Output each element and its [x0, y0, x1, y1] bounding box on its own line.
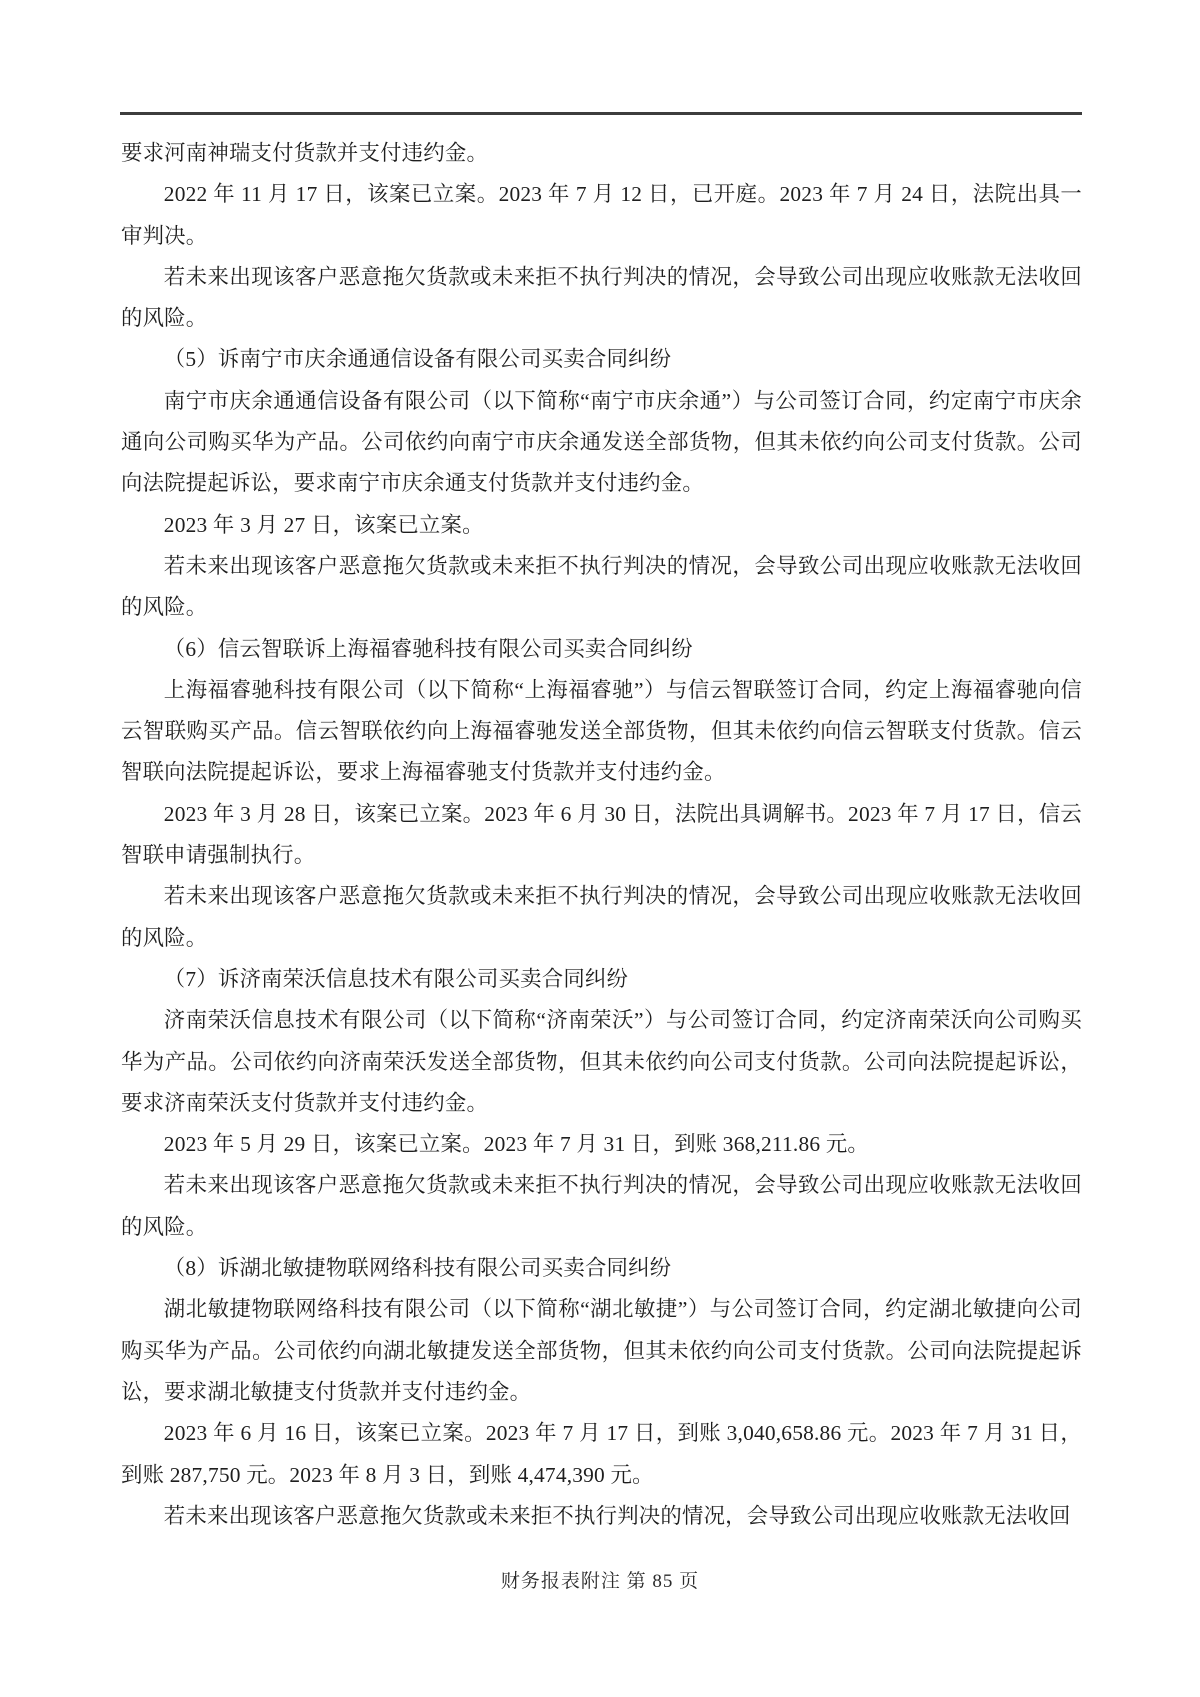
document-page: 要求河南神瑞支付货款并支付违约金。2022 年 11 月 17 日，该案已立案。…: [0, 0, 1200, 1697]
paragraph: 若未来出现该客户恶意拖欠货款或未来拒不执行判决的情况，会导致公司出现应收账款无法…: [121, 876, 1082, 959]
document-body: 要求河南神瑞支付货款并支付违约金。2022 年 11 月 17 日，该案已立案。…: [121, 133, 1082, 1537]
paragraph: 若未来出现该客户恶意拖欠货款或未来拒不执行判决的情况，会导致公司出现应收账款无法…: [121, 257, 1082, 340]
section-heading: （6）信云智联诉上海福睿驰科技有限公司买卖合同纠纷: [121, 629, 1082, 670]
paragraph: 要求河南神瑞支付货款并支付违约金。: [121, 133, 1082, 174]
paragraph: 上海福睿驰科技有限公司（以下简称“上海福睿驰”）与信云智联签订合同，约定上海福睿…: [121, 670, 1082, 794]
paragraph: 济南荣沃信息技术有限公司（以下简称“济南荣沃”）与公司签订合同，约定济南荣沃向公…: [121, 1000, 1082, 1124]
paragraph: 湖北敏捷物联网络科技有限公司（以下简称“湖北敏捷”）与公司签订合同，约定湖北敏捷…: [121, 1289, 1082, 1413]
paragraph: 2023 年 5 月 29 日，该案已立案。2023 年 7 月 31 日，到账…: [121, 1124, 1082, 1165]
paragraph: 若未来出现该客户恶意拖欠货款或未来拒不执行判决的情况，会导致公司出现应收账款无法…: [121, 1165, 1082, 1248]
paragraph: 2023 年 6 月 16 日，该案已立案。2023 年 7 月 17 日，到账…: [121, 1413, 1082, 1496]
section-heading: （8）诉湖北敏捷物联网络科技有限公司买卖合同纠纷: [121, 1248, 1082, 1289]
section-heading: （7）诉济南荣沃信息技术有限公司买卖合同纠纷: [121, 959, 1082, 1000]
section-heading: （5）诉南宁市庆余通通信设备有限公司买卖合同纠纷: [121, 339, 1082, 380]
paragraph: 若未来出现该客户恶意拖欠货款或未来拒不执行判决的情况，会导致公司出现应收账款无法…: [121, 546, 1082, 629]
paragraph: 若未来出现该客户恶意拖欠货款或未来拒不执行判决的情况，会导致公司出现应收账款无法…: [121, 1496, 1082, 1537]
page-footer: 财务报表附注 第 85 页: [0, 1567, 1200, 1597]
header-rule: [120, 112, 1082, 115]
paragraph: 2022 年 11 月 17 日，该案已立案。2023 年 7 月 12 日，已…: [121, 174, 1082, 257]
paragraph: 2023 年 3 月 27 日，该案已立案。: [121, 505, 1082, 546]
paragraph: 2023 年 3 月 28 日，该案已立案。2023 年 6 月 30 日，法院…: [121, 794, 1082, 877]
paragraph: 南宁市庆余通通信设备有限公司（以下简称“南宁市庆余通”）与公司签订合同，约定南宁…: [121, 381, 1082, 505]
